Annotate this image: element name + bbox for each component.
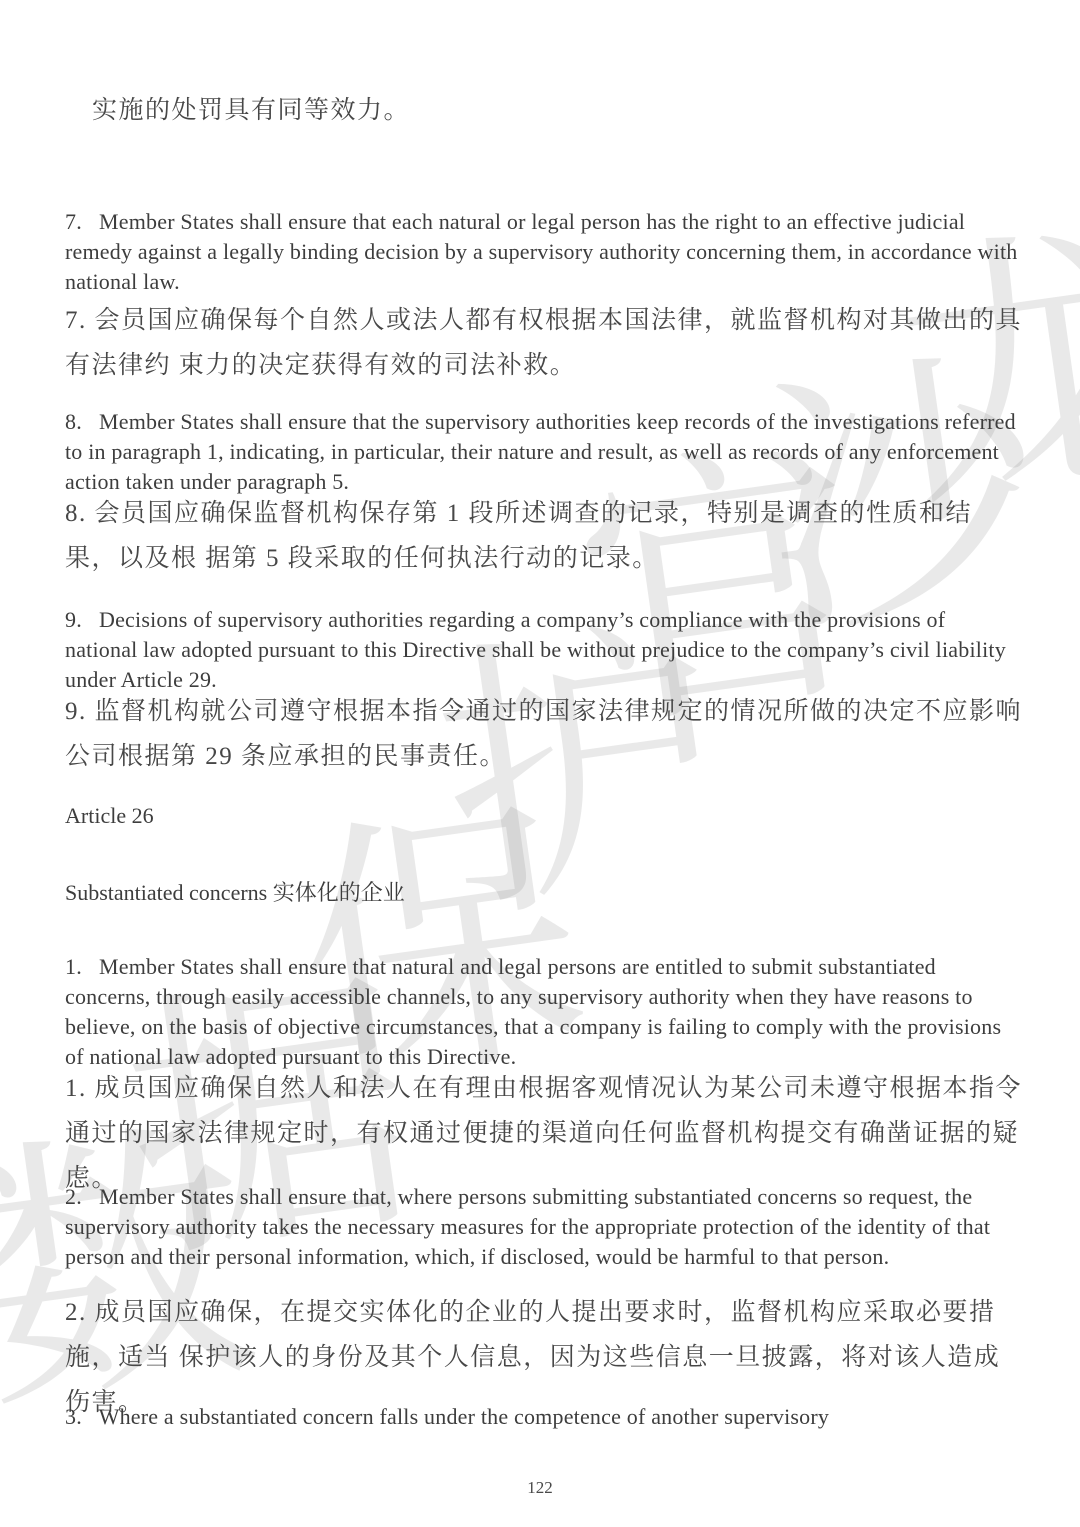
paragraph-8-zh: 8. 会员国应确保监督机构保存第 1 段所述调查的记录，特别是调查的性质和结果，… <box>65 491 1022 581</box>
paragraph-9-zh: 9. 监督机构就公司遵守根据本指令通过的国家法律规定的情况所做的决定不应影响公司… <box>65 689 1022 779</box>
document-page: 数 据 保 护 官 沙 龙 实施的处罚具有同等效力。 7. Member Sta… <box>0 0 1080 1527</box>
paragraph-1-zh: 1. 成员国应确保自然人和法人在有理由根据客观情况认为某公司未遵守根据本指令通过… <box>65 1066 1022 1201</box>
paragraph-2-en: 2. Member States shall ensure that, wher… <box>65 1182 1022 1272</box>
paragraph-9-en: 9. Decisions of supervisory authorities … <box>65 605 1022 695</box>
paragraph-1-en: 1. Member States shall ensure that natur… <box>65 952 1022 1072</box>
paragraph-8-en: 8. Member States shall ensure that the s… <box>65 407 1022 497</box>
page-number: 122 <box>0 1478 1080 1498</box>
paragraph-intro-zh: 实施的处罚具有同等效力。 <box>92 88 1049 133</box>
paragraph-3-en: 3. Where a substantiated concern falls u… <box>65 1402 1022 1432</box>
paragraph-7-zh: 7. 会员国应确保每个自然人或法人都有权根据本国法律，就监督机构对其做出的具有法… <box>65 298 1022 388</box>
article-heading: Article 26 <box>65 801 1022 831</box>
paragraph-7-en: 7. Member States shall ensure that each … <box>65 207 1022 297</box>
section-heading: Substantiated concerns 实体化的企业 <box>65 878 1022 908</box>
